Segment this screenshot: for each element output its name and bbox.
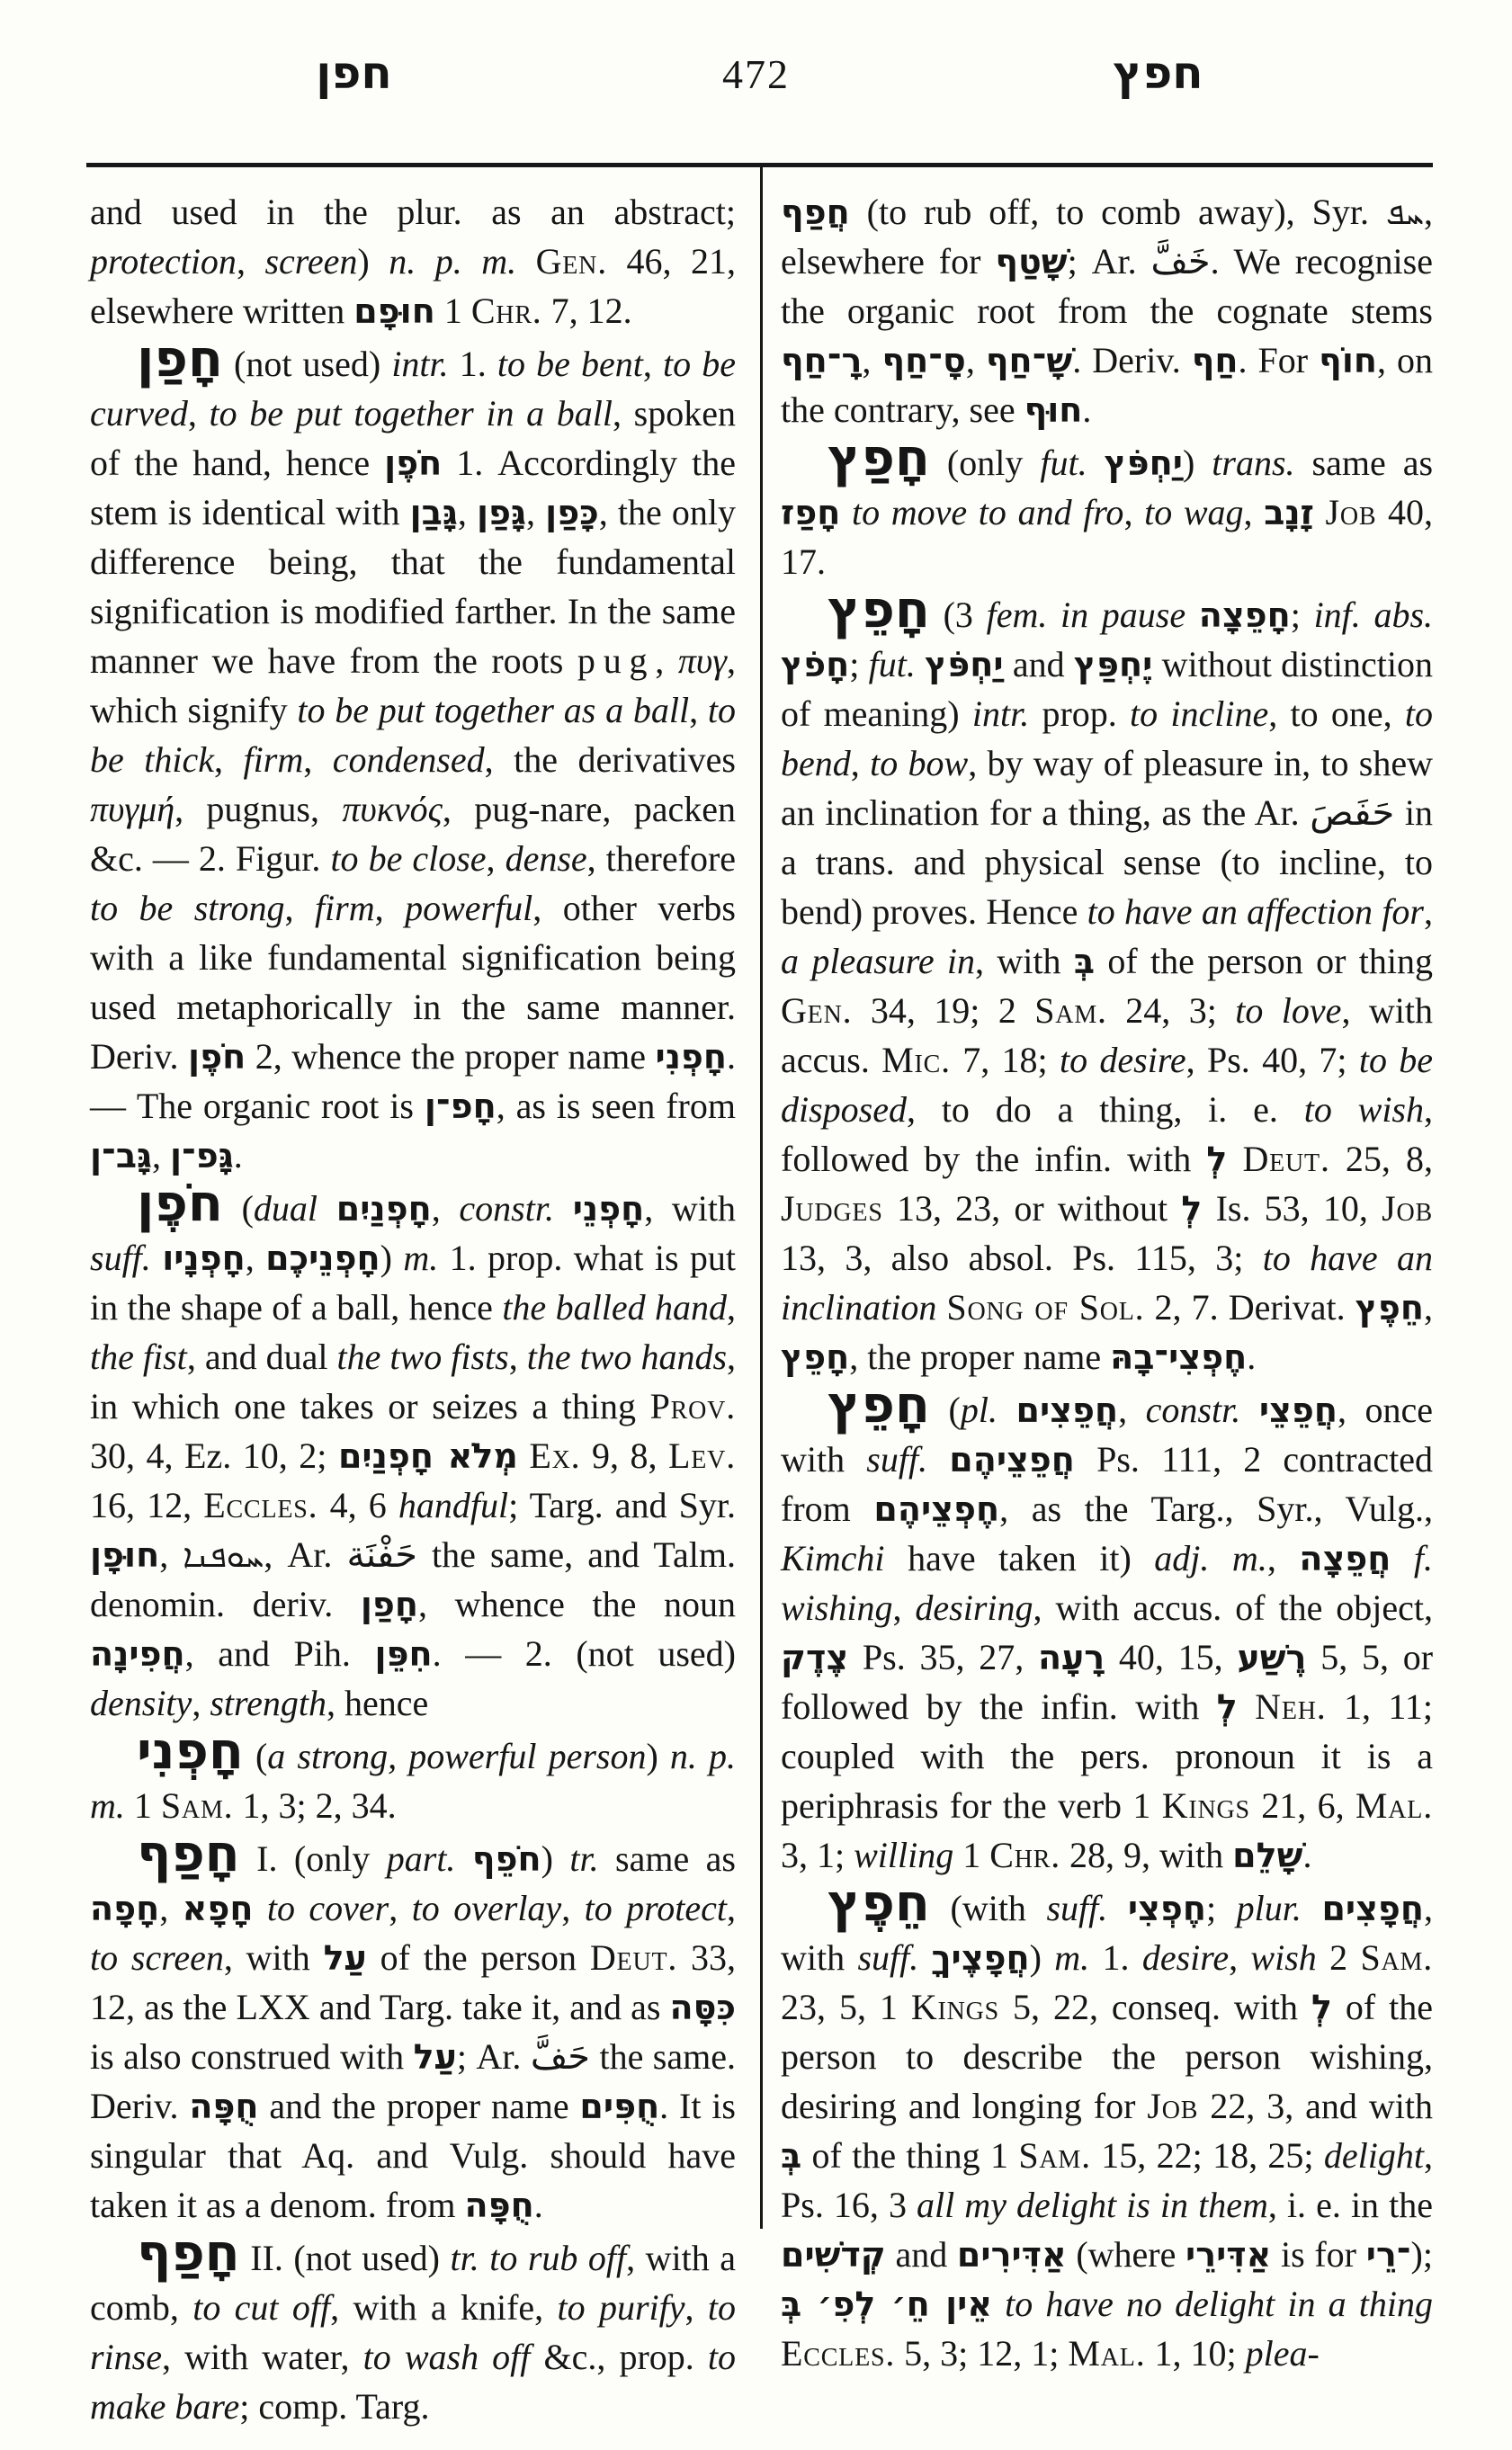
text-run: (where — [1067, 2234, 1185, 2275]
text-run: 21, 6, — [1250, 1785, 1355, 1826]
text-run: , — [389, 1888, 411, 1928]
running-head-right-keyword: חפץ — [1113, 47, 1203, 99]
text-run: 25, 8, — [1330, 1139, 1433, 1179]
text-run: to move to and fro — [852, 492, 1123, 532]
text-run: of the thing 1 — [801, 2135, 1018, 2176]
hebrew-text: צֶדֶק — [781, 1638, 848, 1677]
text-run: Eccles. — [203, 1485, 318, 1525]
text-run: 4, 6 — [318, 1485, 398, 1525]
hebrew-headword: חֹפֶן — [137, 1174, 223, 1233]
hebrew-text: רֶשַׁע — [1237, 1638, 1306, 1677]
text-run: have taken it) — [885, 1538, 1155, 1578]
text-run: Mal. — [1355, 1785, 1433, 1826]
text-run: Prov. — [650, 1386, 736, 1426]
hebrew-text: חָפָא — [183, 1889, 254, 1928]
text-run: Chr. — [471, 291, 542, 331]
hebrew-text: חוּפָם — [353, 291, 435, 331]
text-run: , — [643, 344, 663, 384]
text-run: ) — [357, 241, 389, 282]
text-run: intr. — [391, 344, 448, 384]
text-run: Song of Sol. — [946, 1287, 1144, 1328]
text-run: 40, 15, — [1105, 1637, 1237, 1677]
text-run: dual — [254, 1188, 318, 1229]
text-run — [479, 2238, 490, 2278]
text-run: , — [188, 393, 210, 434]
text-run: screen — [264, 241, 357, 282]
text-run: Job — [1325, 492, 1376, 532]
text-run: &c., prop. — [530, 2337, 707, 2377]
text-run: Ex. — [529, 1435, 580, 1476]
text-run: ) — [380, 1238, 404, 1278]
text-run: , as the Targ., Syr., Vulg., — [999, 1489, 1433, 1529]
text-run: the two hands — [527, 1337, 727, 1377]
text-run: is also construed with — [90, 2036, 414, 2077]
text-run: , Ar. — [264, 1534, 346, 1575]
text-run: , — [1123, 492, 1144, 532]
hebrew-text: אֵין חֵ׳ לְפִ׳ בְּ — [781, 2285, 992, 2324]
hebrew-text: חֲפִינָה — [90, 1634, 185, 1674]
hebrew-text: יַחְפֹּץ — [1105, 443, 1183, 483]
arabic-text: خَفَّ — [1151, 241, 1211, 282]
text-run — [1302, 1888, 1322, 1928]
hebrew-text: לְ — [1217, 1687, 1238, 1727]
text-run — [918, 1937, 931, 1978]
hebrew-headword: חָפֵץ — [828, 1375, 930, 1435]
text-run: (not used) — [223, 344, 391, 384]
running-head-left-keyword: חפן — [316, 47, 391, 99]
text-run: , therefore — [587, 838, 736, 879]
hebrew-text: חָפְנִי — [656, 1037, 728, 1077]
text-run: 1. — [1089, 1937, 1142, 1978]
hebrew-text: כִּסָּה — [670, 1988, 736, 2027]
hebrew-text: רָ־חַף — [781, 341, 862, 380]
text-run: (only — [930, 443, 1040, 483]
text-run: f. — [1414, 1538, 1433, 1578]
text-run: a strong, powerful person — [267, 1736, 646, 1776]
text-run: the two fists — [337, 1337, 509, 1377]
text-run: , — [375, 888, 405, 928]
hebrew-text: יֶחְפַּץ — [1074, 645, 1152, 684]
hebrew-text: חָפָה — [90, 1889, 159, 1928]
text-run — [151, 1238, 162, 1278]
text-run: to be bent — [497, 344, 643, 384]
hebrew-text: חֹפֶן — [188, 1037, 246, 1077]
text-run: to be close — [330, 838, 486, 879]
text-run: ) — [646, 1736, 669, 1776]
text-run: to have an affection for — [1087, 891, 1424, 932]
text-run: , — [303, 739, 333, 780]
text-run: , — [655, 640, 678, 681]
text-run: . Deriv. — [1072, 340, 1192, 380]
text-run: , — [862, 340, 881, 380]
text-run: , to do a thing, i. e. — [907, 1089, 1304, 1130]
text-run: ; — [1206, 1888, 1237, 1928]
text-run: , — [159, 1534, 183, 1575]
text-run — [516, 241, 536, 282]
hebrew-text: חֵפֶץ — [1355, 1288, 1424, 1328]
text-run: Lev. — [668, 1435, 736, 1476]
hebrew-text: גָּב־ן — [90, 1136, 152, 1176]
text-run: , — [246, 1238, 265, 1278]
hebrew-text: חוֹף — [1319, 341, 1377, 380]
text-run: inf. abs. — [1314, 595, 1433, 635]
text-run: 13, 3, also absol. Ps. 115, 3; — [781, 1238, 1263, 1278]
entry-paragraph: חָפֵץ (3 fem. in pause חָפֵצָה; inf. abs… — [781, 590, 1433, 1381]
text-run: to bow — [870, 743, 968, 783]
text-run: constr. — [459, 1188, 554, 1229]
text-run: to rub off — [489, 2238, 626, 2278]
entry-paragraph: and used in the plur. as an abstract; pr… — [90, 187, 736, 335]
arabic-text: حَفَّ — [531, 2036, 590, 2078]
text-run: and used in the plur. as an abstract; — [90, 192, 736, 232]
hebrew-headword: חָפַף — [137, 2223, 240, 2283]
text-run: 9, 8, — [580, 1435, 668, 1476]
entry-paragraph: חֹפֶן (dual חָפְנַיִם, constr. חָפְנֵי, … — [90, 1184, 736, 1728]
hebrew-text: חֲפֵצֵי — [1259, 1390, 1338, 1430]
text-run: of the person — [367, 1937, 590, 1978]
text-run: fem. in pause — [987, 595, 1186, 635]
hebrew-headword: חָפֵץ — [828, 580, 930, 639]
hebrew-text: אַדִּירִים — [957, 2235, 1067, 2275]
hebrew-text: חָפַן — [361, 1585, 418, 1624]
text-run: firm — [244, 739, 304, 780]
text-run: trans. — [1212, 443, 1294, 483]
text-run — [840, 492, 852, 532]
page-number: 472 — [722, 51, 790, 97]
text-run: 16, 12, — [90, 1485, 203, 1525]
hebrew-headword: חָפַף — [137, 1824, 240, 1883]
arabic-text: حَفْنَة — [346, 1534, 416, 1576]
text-run: to desire — [1060, 1040, 1186, 1080]
text-run: to overlay — [412, 1888, 562, 1928]
text-run: density — [90, 1683, 192, 1723]
text-run — [253, 1888, 266, 1928]
text-run: to purify — [558, 2287, 685, 2328]
text-run — [1391, 1538, 1414, 1578]
text-run: Kimchi — [781, 1538, 885, 1578]
text-run: powerful — [405, 888, 532, 928]
text-run: Mal. — [1068, 2333, 1145, 2374]
text-run: 28, 9, with — [1060, 1835, 1232, 1875]
text-run: , — [1118, 1390, 1146, 1430]
hebrew-text: חֹפֶן — [384, 443, 442, 483]
text-run: strength — [210, 1683, 327, 1723]
text-run: , and dual — [187, 1337, 337, 1377]
text-run — [936, 1287, 946, 1328]
text-run: , — [237, 241, 265, 282]
text-run: to wish — [1304, 1089, 1424, 1130]
hebrew-text: חָפְנֵיכֶם — [265, 1238, 380, 1278]
text-run: protection — [90, 241, 237, 282]
text-run: , pugnus, — [174, 789, 342, 829]
hebrew-text: קְדֹשִׁים — [781, 2235, 886, 2275]
hebrew-text: שָׁ־חַף — [986, 341, 1072, 380]
text-run: pl. — [961, 1390, 998, 1430]
hebrew-text: חָפְנָיו — [162, 1238, 246, 1278]
text-run: tr. — [569, 1838, 598, 1879]
text-run: dense — [505, 838, 587, 879]
text-run: Gen. — [781, 990, 852, 1031]
right-column: חֲפַף (to rub off, to comb away), Syr. ܚ… — [781, 187, 1433, 2378]
text-run: m. — [403, 1238, 438, 1278]
text-run: same as — [1295, 443, 1433, 483]
entry-paragraph: חָפְנִי (a strong, powerful person) n. p… — [90, 1731, 736, 1830]
text-run: (3 — [930, 595, 987, 635]
hebrew-text: חֹפֵף — [472, 1839, 541, 1879]
text-run: ; — [1291, 595, 1314, 635]
hebrew-text: חֻפָּה — [189, 2087, 258, 2126]
text-run — [998, 1390, 1016, 1430]
text-run: ; — [849, 644, 868, 684]
hebrew-text: גָּבַן — [410, 493, 458, 532]
text-run — [554, 1188, 573, 1229]
text-run: , — [192, 1683, 210, 1723]
hebrew-text: חָפַז — [781, 493, 840, 532]
text-run: m. — [90, 1785, 125, 1826]
hebrew-text: עַל — [324, 1938, 367, 1978]
text-run: n. p. m. — [389, 241, 516, 282]
text-run: , — [561, 1888, 584, 1928]
text-run: to cover — [267, 1888, 389, 1928]
text-run: . — [1247, 1337, 1256, 1377]
text-run: to wash off — [363, 2337, 531, 2377]
text-run: plur. — [1237, 1888, 1302, 1928]
text-run: , with — [644, 1188, 736, 1229]
hebrew-text: כָּפַן — [545, 493, 599, 532]
text-run: ; Targ. and Syr. — [508, 1485, 736, 1525]
hebrew-text: זָנָב — [1264, 493, 1314, 532]
text-run: I. (only — [240, 1838, 387, 1879]
entry-paragraph: חָפַף I. (only part. חֹפֵף) tr. same as … — [90, 1834, 736, 2230]
hebrew-text: חַף — [1192, 341, 1239, 380]
text-run: , and Pih. — [185, 1633, 375, 1674]
hebrew-text: חֶפְצִי — [1128, 1889, 1206, 1928]
text-run: Sam. — [1034, 990, 1107, 1031]
text-run: , i. e. in the — [1268, 2185, 1433, 2225]
text-run: to love — [1235, 990, 1341, 1031]
text-run: , — [526, 492, 545, 532]
text-run: handful — [398, 1485, 508, 1525]
hebrew-text: לְ — [1206, 1140, 1227, 1179]
left-column: and used in the plur. as an abstract; pr… — [90, 187, 736, 2431]
text-run: pug — [577, 640, 655, 681]
text-run: ( — [930, 1390, 961, 1430]
text-run: willing — [854, 1835, 953, 1875]
text-run: fut. — [1040, 443, 1087, 483]
text-run: , with — [975, 941, 1074, 981]
hebrew-text: חֲפַף — [781, 192, 850, 232]
text-run: , — [214, 739, 244, 780]
text-run: 7, 18; — [951, 1040, 1060, 1080]
text-run: of the person or thing — [1095, 941, 1433, 981]
text-run: . — 2. (not used) — [433, 1633, 736, 1674]
text-run: ) — [1030, 1937, 1055, 1978]
text-run: and the proper name — [259, 2086, 580, 2126]
text-run: 1, 3; 2, 34. — [233, 1785, 396, 1826]
text-run: . For — [1239, 340, 1320, 380]
text-run: a pleasure in — [781, 941, 975, 981]
hebrew-text: חֲפֵצִים — [1016, 1390, 1119, 1430]
text-run: Kings — [911, 1987, 999, 2027]
text-run: ; Ar. — [1068, 241, 1151, 282]
text-run — [1227, 1139, 1242, 1179]
text-run: to screen — [90, 1937, 224, 1978]
text-run: wish — [1250, 1937, 1316, 1978]
hebrew-text: חֶפְצִי־בָהּ — [1110, 1337, 1247, 1377]
text-run: Neh. — [1255, 1686, 1326, 1727]
text-run: , as is seen from — [497, 1086, 736, 1126]
text-run — [1238, 1686, 1255, 1727]
text-run: , with — [224, 1937, 324, 1978]
text-run: Kings — [1162, 1785, 1250, 1826]
text-run: suff. — [1046, 1888, 1107, 1928]
text-run: 1 — [435, 291, 471, 331]
text-run: and — [886, 2234, 957, 2275]
text-run: suff. — [90, 1238, 151, 1278]
text-run: the fist — [90, 1337, 187, 1377]
text-run: . — [1302, 1835, 1311, 1875]
text-run: , with a knife, — [330, 2287, 557, 2328]
text-run: , — [727, 1287, 736, 1328]
text-run: , — [892, 1587, 915, 1628]
text-columns: and used in the plur. as an abstract; pr… — [90, 187, 1433, 2431]
hebrew-text: חָפֵצָה — [1199, 595, 1291, 635]
text-run: wishing — [781, 1587, 892, 1628]
text-run: firm — [315, 888, 375, 928]
syriac-text: ܚܦ — [1386, 195, 1424, 232]
hebrew-headword: חָפַץ — [828, 428, 930, 487]
hebrew-text: חֲפֵצֵיהֶם — [949, 1440, 1075, 1480]
text-run: Ps. 35, 27, — [848, 1637, 1038, 1677]
hebrew-text: בְּ — [781, 2136, 801, 2176]
text-run: part. — [387, 1838, 456, 1879]
hebrew-text: חוּפָן — [90, 1535, 159, 1575]
text-run: Deut. — [1242, 1139, 1329, 1179]
text-run: m. — [1054, 1937, 1089, 1978]
text-run: Sam. — [1018, 2135, 1091, 2176]
hebrew-text: חָפְנֵי — [573, 1189, 645, 1229]
text-run: 5, 3; 12, 1; — [895, 2333, 1068, 2374]
text-run: Deut. — [590, 1937, 677, 1978]
text-run: condensed — [333, 739, 485, 780]
text-run — [916, 644, 925, 684]
text-run: , — [685, 2287, 708, 2328]
text-run: 30, 4, Ez. 10, 2; — [90, 1435, 338, 1476]
hebrew-text: בְּ — [1074, 942, 1095, 981]
entry-paragraph: חָפַץ (only fut. יַחְפֹּץ) trans. same a… — [781, 438, 1433, 586]
text-run: , the proper name — [849, 1337, 1110, 1377]
text-run: , with accus. of the object, — [1033, 1587, 1433, 1628]
entry-paragraph: חָפַן (not used) intr. 1. to be bent, to… — [90, 339, 736, 1180]
arabic-text: حَفَصَ — [1310, 792, 1394, 834]
text-run: same as — [599, 1838, 736, 1879]
text-run: Is. 53, 10, — [1202, 1188, 1382, 1229]
text-run: 23, 5, 1 — [781, 1987, 911, 2027]
text-run: 22, 3, and with — [1198, 2086, 1433, 2126]
text-run: , — [458, 492, 477, 532]
greek-text: πυγμή — [90, 789, 174, 829]
text-run: , the derivatives — [485, 739, 736, 780]
dictionary-page: חפן 472 חפץ and used in the plur. as an … — [0, 0, 1512, 2450]
hebrew-text: חֲפֵצָה — [1299, 1539, 1391, 1578]
text-run: 7, 12. — [542, 291, 632, 331]
text-run: ( — [223, 1188, 254, 1229]
hebrew-text: מְלֹא חָפְנַיִם — [338, 1436, 518, 1476]
text-run: tr. — [450, 2238, 479, 2278]
text-run: plea- — [1246, 2333, 1320, 2374]
text-run: Gen. — [536, 241, 607, 282]
text-run: , with water, — [162, 2337, 363, 2377]
text-run: ); — [1411, 2234, 1433, 2275]
hebrew-text: אַדִּירֵי — [1185, 2235, 1271, 2275]
text-run: to have no delight in a thing — [1005, 2284, 1433, 2324]
hebrew-text: גָּפ־ן — [170, 1136, 234, 1176]
text-run: constr. — [1146, 1390, 1241, 1430]
text-run: , — [432, 1188, 460, 1229]
hebrew-text: חוּף — [1024, 390, 1083, 430]
text-run: prop. — [1029, 693, 1130, 734]
text-run: , — [285, 888, 315, 928]
text-run: to wag — [1144, 492, 1243, 532]
text-run: ; Ar. — [457, 2036, 531, 2077]
text-run — [318, 1188, 336, 1229]
text-run: suff. — [866, 1439, 927, 1480]
text-run: ; comp. Targ. — [239, 2386, 429, 2427]
text-run: 1 — [953, 1835, 989, 1875]
text-run: 1 — [125, 1785, 161, 1826]
text-run: , — [1424, 1287, 1433, 1328]
text-run: is for — [1271, 2234, 1365, 2275]
text-run — [1087, 443, 1105, 483]
hebrew-text: שָׁלֵם — [1232, 1836, 1302, 1875]
entry-paragraph: חֲפַף (to rub off, to comb away), Syr. ܚ… — [781, 187, 1433, 434]
hebrew-text: חֶפְצֵיהֶם — [873, 1489, 999, 1529]
text-run: ( — [244, 1736, 267, 1776]
hebrew-text: סָ־חַף — [881, 341, 965, 380]
text-run: to cut off — [192, 2287, 330, 2328]
text-run: 34, 19; 2 — [852, 990, 1034, 1031]
text-run: (to rub off, to comb away), Syr. — [850, 192, 1386, 232]
text-run: 13, 23, or without — [883, 1188, 1182, 1229]
text-run: the balled hand — [502, 1287, 727, 1328]
text-run — [992, 2284, 1005, 2324]
text-run: all my delight is in them — [917, 2185, 1268, 2225]
hebrew-text: חֲפָצֶיךָ — [932, 1938, 1030, 1978]
text-run: 1, 10; — [1146, 2333, 1246, 2374]
text-run: 2 — [1317, 1937, 1361, 1978]
hebrew-headword: חָפְנִי — [137, 1721, 244, 1781]
text-run — [1185, 595, 1199, 635]
syriac-text: ܚܘܦܢܐ — [183, 1538, 264, 1575]
text-run: II. (not used) — [240, 2238, 451, 2278]
text-run: . — [534, 2185, 543, 2225]
text-run: Sam. — [1360, 1937, 1433, 1978]
text-run: , — [1267, 1538, 1300, 1578]
text-run: 15, 22; 18, 25; — [1091, 2135, 1324, 2176]
text-run: and — [1004, 644, 1074, 684]
text-run: . — [1082, 389, 1091, 430]
text-run: desiring — [915, 1587, 1033, 1628]
text-run: , — [851, 743, 870, 783]
text-run: suff. — [857, 1937, 918, 1978]
entry-paragraph: חָפֵץ (pl. חֲפֵצִים, constr. חֲפֵצֵי, on… — [781, 1385, 1433, 1880]
greek-text: πυκνός — [342, 789, 443, 829]
text-run: , to one, — [1268, 693, 1405, 734]
text-run: . — [234, 1135, 243, 1176]
hebrew-text: חֲפָצִים — [1321, 1889, 1424, 1928]
text-run: to protect — [585, 1888, 727, 1928]
text-run: to be put together in a ball — [209, 393, 613, 434]
